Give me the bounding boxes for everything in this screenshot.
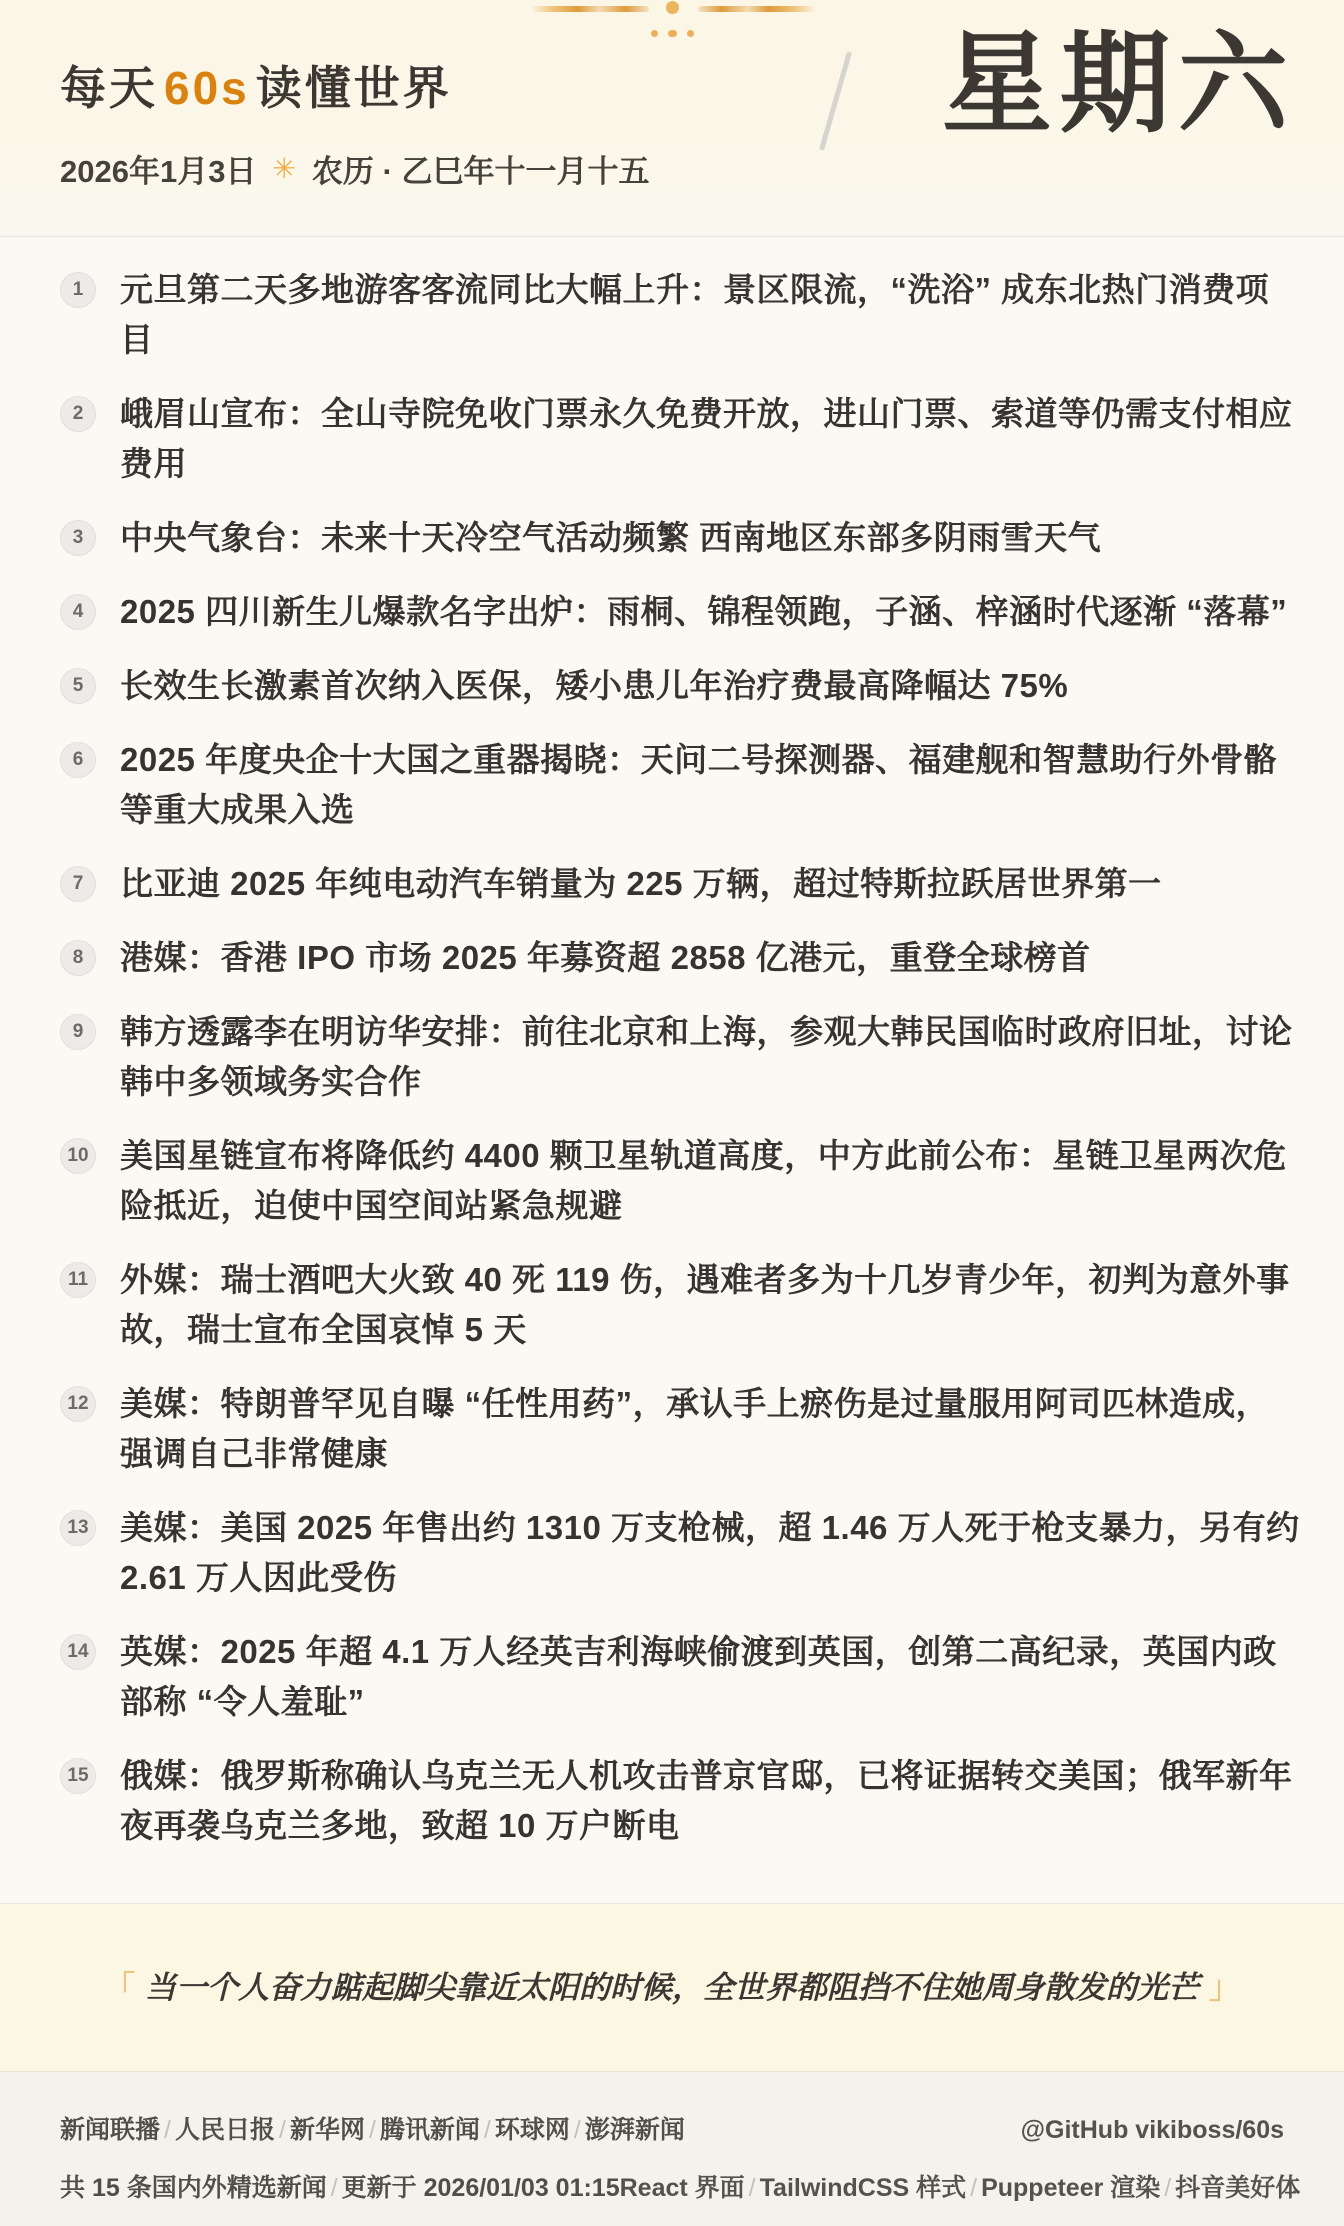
dot-icon [687, 30, 694, 37]
news-text: 港媒：香港 IPO 市场 2025 年募资超 2858 亿港元，重登全球榜首 [120, 933, 1091, 983]
news-item: 8 港媒：香港 IPO 市场 2025 年募资超 2858 亿港元，重登全球榜首 [60, 933, 1300, 983]
news-item: 12 美媒：特朗普罕见自曝 “任性用药”，承认手上瘀伤是过量服用阿司匹林造成，强… [60, 1379, 1300, 1479]
news-item: 1 元旦第二天多地游客客流同比大幅上升：景区限流，“洗浴” 成东北热门消费项目 [60, 265, 1300, 365]
news-text: 2025 四川新生儿爆款名字出炉：雨桐、锦程领跑，子涵、梓涵时代逐渐 “落幕” [120, 587, 1287, 637]
page-title: 每天60s读懂世界 [60, 52, 452, 118]
news-list: 1 元旦第二天多地游客客流同比大幅上升：景区限流，“洗浴” 成东北热门消费项目 … [0, 237, 1344, 1851]
news-index-badge: 5 [60, 668, 96, 704]
quote-close-bracket-icon: 」 [1199, 1970, 1250, 2005]
news-meta: 共 15 条国内外精选新闻/更新于 2026/01/03 01:15 [60, 2168, 620, 2204]
news-text: 外媒：瑞士酒吧大火致 40 死 119 伤，遇难者多为十几岁青少年，初判为意外事… [120, 1255, 1300, 1355]
news-item: 5 长效生长激素首次纳入医保，矮小患儿年治疗费最高降幅达 75% [60, 661, 1300, 711]
news-item: 6 2025 年度央企十大国之重器揭晓：天问二号探测器、福建舰和智慧助行外骨骼等… [60, 735, 1300, 835]
dot-icon [651, 30, 658, 37]
quote-body: 当一个人奋力踮起脚尖靠近太阳的时候，全世界都阻挡不住她周身散发的光芒 [145, 1970, 1199, 2005]
quote-open-bracket-icon: 「 [94, 1970, 145, 2005]
news-item: 13 美媒：美国 2025 年售出约 1310 万支枪械，超 1.46 万人死于… [60, 1503, 1300, 1603]
news-text: 韩方透露李在明访华安排：前往北京和上海，参观大韩民国临时政府旧址，讨论韩中多领域… [120, 1007, 1300, 1107]
news-index-badge: 3 [60, 520, 96, 556]
news-text: 中央气象台：未来十天冷空气活动频繁 西南地区东部多阴雨雪天气 [120, 513, 1101, 563]
news-index-badge: 1 [60, 272, 96, 308]
news-text: 俄媒：俄罗斯称确认乌克兰无人机攻击普京官邸，已将证据转交美国；俄军新年夜再袭乌克… [120, 1751, 1300, 1851]
quote-text: 「当一个人奋力踮起脚尖靠近太阳的时候，全世界都阻挡不住她周身散发的光芒」 [94, 1961, 1250, 2015]
ornament-line-left [531, 6, 649, 12]
date-row: 2026年1月3日 ✳ 农历 · 乙巳年十一月十五 [60, 146, 649, 191]
news-text: 长效生长激素首次纳入医保，矮小患儿年治疗费最高降幅达 75% [120, 661, 1068, 711]
news-text: 峨眉山宣布：全山寺院免收门票永久免费开放，进山门票、索道等仍需支付相应费用 [120, 389, 1300, 489]
news-sources: 新闻联播/人民日报/新华网/腾讯新闻/环球网/澎湃新闻 [60, 2110, 685, 2146]
news-item: 3 中央气象台：未来十天冷空气活动频繁 西南地区东部多阴雨雪天气 [60, 513, 1300, 563]
github-handle: @GitHub vikiboss/60s [1021, 2116, 1284, 2145]
news-index-badge: 9 [60, 1014, 96, 1050]
news-item: 4 2025 四川新生儿爆款名字出炉：雨桐、锦程领跑，子涵、梓涵时代逐渐 “落幕… [60, 587, 1300, 637]
footer-row-2: 共 15 条国内外精选新闻/更新于 2026/01/03 01:15 React… [60, 2168, 1284, 2204]
news-index-badge: 8 [60, 940, 96, 976]
news-item: 11 外媒：瑞士酒吧大火致 40 死 119 伤，遇难者多为十几岁青少年，初判为… [60, 1255, 1300, 1355]
header: 每天60s读懂世界 2026年1月3日 ✳ 农历 · 乙巳年十一月十五 星期六 [0, 0, 1344, 237]
news-text: 比亚迪 2025 年纯电动汽车销量为 225 万辆，超过特斯拉跃居世界第一 [120, 859, 1162, 909]
news-text: 2025 年度央企十大国之重器揭晓：天问二号探测器、福建舰和智慧助行外骨骼等重大… [120, 735, 1300, 835]
ornament-line-right [698, 6, 816, 12]
news-index-badge: 2 [60, 396, 96, 432]
quote-box: 「当一个人奋力踮起脚尖靠近太阳的时候，全世界都阻挡不住她周身散发的光芒」 [0, 1903, 1344, 2072]
news-item: 2 峨眉山宣布：全山寺院免收门票永久免费开放，进山门票、索道等仍需支付相应费用 [60, 389, 1300, 489]
news-index-badge: 11 [60, 1262, 96, 1298]
title-prefix: 每天 [60, 62, 158, 114]
news-index-badge: 10 [60, 1138, 96, 1174]
tech-stack: React 界面/TailwindCSS 样式/Puppeteer 渲染/抖音美… [620, 2168, 1301, 2204]
news-text: 美媒：美国 2025 年售出约 1310 万支枪械，超 1.46 万人死于枪支暴… [120, 1503, 1300, 1603]
slash-divider [819, 51, 852, 150]
news-item: 10 美国星链宣布将降低约 4400 颗卫星轨道高度，中方此前公布：星链卫星两次… [60, 1131, 1300, 1231]
news-item: 14 英媒：2025 年超 4.1 万人经英吉利海峡偷渡到英国，创第二高纪录，英… [60, 1627, 1300, 1727]
weekday-label: 星期六 [942, 30, 1296, 140]
news-index-badge: 7 [60, 866, 96, 902]
title-highlight-60s: 60s [158, 62, 256, 114]
news-index-badge: 13 [60, 1510, 96, 1546]
news-index-badge: 12 [60, 1386, 96, 1422]
dot-icon [668, 30, 677, 37]
news-index-badge: 4 [60, 594, 96, 630]
news-index-badge: 15 [60, 1758, 96, 1794]
news-item: 7 比亚迪 2025 年纯电动汽车销量为 225 万辆，超过特斯拉跃居世界第一 [60, 859, 1300, 909]
news-text: 美媒：特朗普罕见自曝 “任性用药”，承认手上瘀伤是过量服用阿司匹林造成，强调自己… [120, 1379, 1300, 1479]
news-item: 15 俄媒：俄罗斯称确认乌克兰无人机攻击普京官邸，已将证据转交美国；俄军新年夜再… [60, 1751, 1300, 1851]
daily-60s-news-card: 每天60s读懂世界 2026年1月3日 ✳ 农历 · 乙巳年十一月十五 星期六 … [0, 0, 1344, 2226]
news-index-badge: 14 [60, 1634, 96, 1670]
news-item: 9 韩方透露李在明访华安排：前往北京和上海，参观大韩民国临时政府旧址，讨论韩中多… [60, 1007, 1300, 1107]
news-text: 英媒：2025 年超 4.1 万人经英吉利海峡偷渡到英国，创第二高纪录，英国内政… [120, 1627, 1300, 1727]
asterisk-icon: ✳ [272, 152, 295, 185]
news-text: 元旦第二天多地游客客流同比大幅上升：景区限流，“洗浴” 成东北热门消费项目 [120, 265, 1300, 365]
gregorian-date: 2026年1月3日 [60, 146, 256, 191]
title-suffix: 读懂世界 [256, 62, 452, 114]
news-index-badge: 6 [60, 742, 96, 778]
news-text: 美国星链宣布将降低约 4400 颗卫星轨道高度，中方此前公布：星链卫星两次危险抵… [120, 1131, 1300, 1231]
ornament-dot-icon [666, 1, 679, 14]
footer: 新闻联播/人民日报/新华网/腾讯新闻/环球网/澎湃新闻 @GitHub viki… [0, 2072, 1344, 2226]
footer-row-1: 新闻联播/人民日报/新华网/腾讯新闻/环球网/澎湃新闻 @GitHub viki… [60, 2110, 1284, 2146]
lunar-date: 农历 · 乙巳年十一月十五 [312, 146, 650, 191]
